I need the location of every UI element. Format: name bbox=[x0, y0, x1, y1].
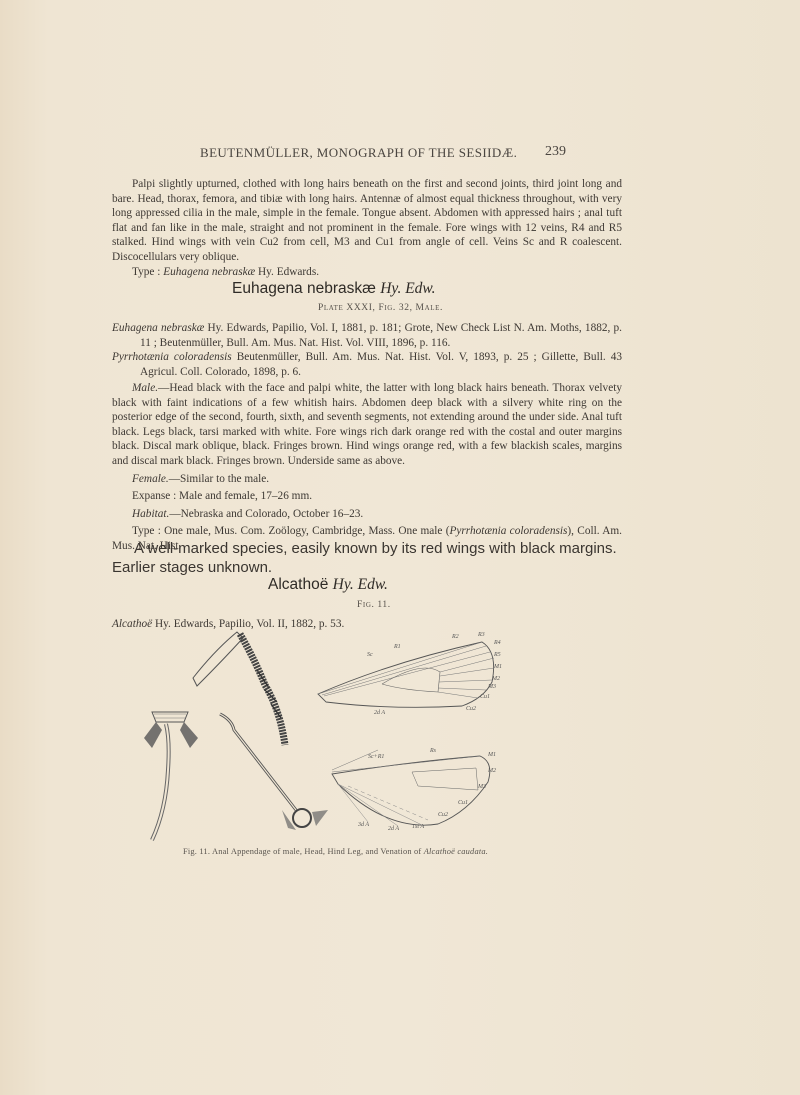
species-remark: A well-marked species, easily known by i… bbox=[112, 540, 632, 577]
species-heading: Euhagena nebraskæ Hy. Edw. bbox=[232, 280, 435, 298]
vein-label: Cu1 bbox=[458, 800, 468, 806]
habitat: Habitat.—Nebraska and Colorado, October … bbox=[112, 507, 622, 522]
page-number: 239 bbox=[545, 144, 566, 160]
hindwing-venation-diagram: Sc+R1 Rs M1 M2 M3 Cu1 Cu2 3d A 2d A 1st … bbox=[328, 742, 518, 832]
figure-caption: Fig. 11. Anal Appendage of male, Head, H… bbox=[183, 847, 488, 856]
vein-label: 1st A bbox=[412, 824, 424, 830]
vein-label: R5 bbox=[493, 652, 501, 658]
genus-description-text: Palpi slightly upturned, clothed with lo… bbox=[112, 177, 622, 265]
vein-label: R1 bbox=[393, 644, 401, 650]
vein-label: R3 bbox=[477, 632, 485, 638]
synonymy: Euhagena nebraskæ Hy. Edwards, Papilio, … bbox=[112, 321, 622, 379]
vein-label: M2 bbox=[491, 676, 500, 682]
vein-label: Cu2 bbox=[466, 706, 476, 712]
expanse: Expanse : Male and female, 17–26 mm. bbox=[112, 489, 622, 504]
vein-label: Rs bbox=[429, 748, 437, 754]
plate-reference: Plate XXXI, Fig. 32, Male. bbox=[318, 303, 443, 313]
vein-label: R2 bbox=[451, 634, 459, 640]
vein-label: M1 bbox=[487, 752, 496, 758]
vein-label: 2d A bbox=[374, 710, 385, 716]
forewing-venation-diagram: Sc R1 R2 R3 R4 R5 M1 M2 M3 Cu1 Cu2 2d A bbox=[312, 632, 502, 722]
species-description: Male.—Head black with the face and palpi… bbox=[112, 381, 622, 554]
vein-label: M2 bbox=[487, 768, 496, 774]
male-description: Male.—Head black with the face and palpi… bbox=[112, 381, 622, 469]
type-species: Euhagena nebraskæ bbox=[163, 266, 255, 278]
vein-label: 3d A bbox=[357, 822, 369, 828]
figure-reference: Fig. 11. bbox=[357, 600, 391, 610]
hind-leg-illustration bbox=[210, 710, 340, 840]
vein-label: Sc bbox=[367, 652, 373, 658]
genus-description: Palpi slightly upturned, clothed with lo… bbox=[112, 177, 622, 279]
vein-label: Cu1 bbox=[480, 694, 490, 700]
vein-label: 2d A bbox=[388, 826, 399, 832]
vein-label: M3 bbox=[477, 784, 486, 790]
vein-label: M3 bbox=[487, 684, 496, 690]
running-head: BEUTENMÜLLER, MONOGRAPH OF THE SESIIDÆ. bbox=[200, 145, 560, 161]
synonymy-entry: Euhagena nebraskæ Hy. Edwards, Papilio, … bbox=[112, 321, 622, 350]
vein-label: R4 bbox=[493, 639, 501, 646]
synonymy-entry: Pyrrhotænia coloradensis Beutenmüller, B… bbox=[112, 350, 622, 379]
vein-label: M1 bbox=[493, 664, 502, 670]
genus-type-line: Type : Euhagena nebraskæ Hy. Edwards. bbox=[112, 265, 622, 280]
female-description: Female.—Similar to the male. bbox=[112, 472, 622, 487]
document-page: BEUTENMÜLLER, MONOGRAPH OF THE SESIIDÆ. … bbox=[0, 0, 800, 1095]
genus-heading: Alcathoë Hy. Edw. bbox=[268, 576, 388, 594]
vein-label: Sc+R1 bbox=[368, 754, 384, 760]
vein-label: Cu2 bbox=[438, 812, 448, 818]
